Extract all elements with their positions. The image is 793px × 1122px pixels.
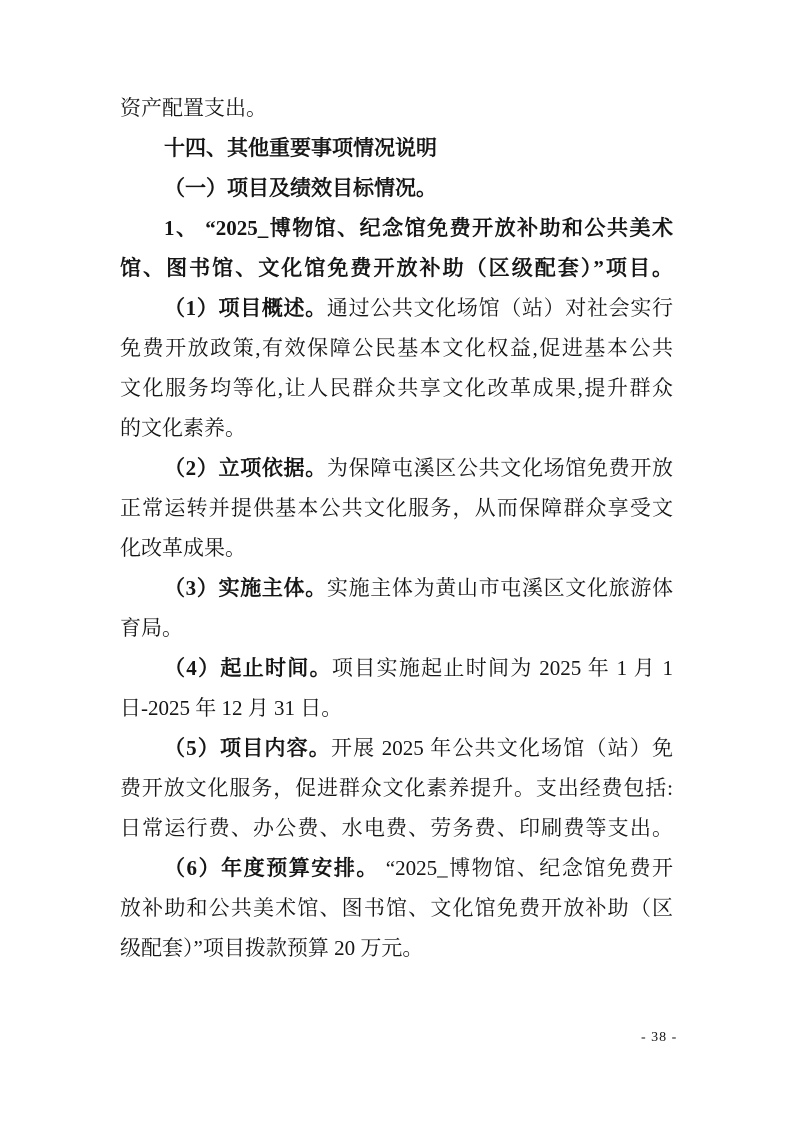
text-segment: 的文化素养。 [120, 416, 246, 440]
document-page: 资产配置支出。十四、其他重要事项情况说明（一）项目及绩效目标情况。1、 “202… [0, 0, 793, 1122]
text-segment: 化改革成果。 [120, 536, 246, 560]
text-line: 级配套）”项目拨款预算 20 万元。 [120, 928, 673, 968]
text-line: （1）项目概述。通过公共文化场馆（站）对社会实行 [120, 288, 673, 328]
bold-text-segment: 馆、图书馆、文化馆免费开放补助（区级配套）”项目。 [120, 256, 673, 280]
text-line: （一）项目及绩效目标情况。 [120, 168, 673, 208]
text-line: 文化服务均等化,让人民群众共享文化改革成果,提升群众 [120, 368, 673, 408]
text-line: 馆、图书馆、文化馆免费开放补助（区级配套）”项目。 [120, 248, 673, 288]
bold-text-segment: （4）起止时间。 [164, 656, 332, 680]
text-segment: 通过公共文化场馆（站）对社会实行 [327, 296, 673, 320]
text-line: （6）年度预算安排。 “2025_博物馆、纪念馆免费开 [120, 848, 673, 888]
text-segment: 正常运转并提供基本公共文化服务，从而保障群众享受文 [120, 496, 673, 520]
text-segment: 级配套）”项目拨款预算 20 万元。 [120, 936, 423, 960]
text-segment: 文化服务均等化,让人民群众共享文化改革成果,提升群众 [120, 376, 673, 400]
text-line: 十四、其他重要事项情况说明 [120, 128, 673, 168]
text-segment: 放补助和公共美术馆、图书馆、文化馆免费开放补助（区 [120, 896, 673, 920]
text-line: （3）实施主体。实施主体为黄山市屯溪区文化旅游体 [120, 568, 673, 608]
text-line: 费开放文化服务，促进群众文化素养提升。支出经费包括: [120, 768, 673, 808]
bold-text-segment: 十四、其他重要事项情况说明 [164, 136, 437, 160]
bold-text-segment: （6）年度预算安排。 [164, 856, 379, 880]
bold-text-segment: （2）立项依据。 [164, 456, 327, 480]
text-line: 日-2025 年 12 月 31 日。 [120, 688, 673, 728]
text-segment: 育局。 [120, 616, 183, 640]
text-line: （5）项目内容。开展 2025 年公共文化场馆（站）免 [120, 728, 673, 768]
text-segment: 资产配置支出。 [120, 96, 267, 120]
text-segment: “2025_博物馆、纪念馆免费开 [379, 856, 673, 880]
text-line: 育局。 [120, 608, 673, 648]
text-line: 1、 “2025_博物馆、纪念馆免费开放补助和公共美术 [120, 208, 673, 248]
text-line: 放补助和公共美术馆、图书馆、文化馆免费开放补助（区 [120, 888, 673, 928]
text-line: 免费开放政策,有效保障公民基本文化权益,促进基本公共 [120, 328, 673, 368]
text-line: 的文化素养。 [120, 408, 673, 448]
text-line: 化改革成果。 [120, 528, 673, 568]
text-segment: 日常运行费、办公费、水电费、劳务费、印刷费等支出。 [120, 816, 673, 840]
text-line: （2）立项依据。为保障屯溪区公共文化场馆免费开放 [120, 448, 673, 488]
text-line: 日常运行费、办公费、水电费、劳务费、印刷费等支出。 [120, 808, 673, 848]
page-number: - 38 - [641, 1028, 677, 1048]
bold-text-segment: （5）项目内容。 [164, 736, 331, 760]
text-segment: 日-2025 年 12 月 31 日。 [120, 696, 342, 720]
text-line: （4）起止时间。项目实施起止时间为 2025 年 1 月 1 [120, 648, 673, 688]
text-line: 资产配置支出。 [120, 88, 673, 128]
text-block: 资产配置支出。十四、其他重要事项情况说明（一）项目及绩效目标情况。1、 “202… [120, 88, 673, 968]
text-segment: 项目实施起止时间为 2025 年 1 月 1 [332, 656, 673, 680]
text-segment: 费开放文化服务，促进群众文化素养提升。支出经费包括: [120, 776, 673, 800]
text-segment: 为保障屯溪区公共文化场馆免费开放 [327, 456, 673, 480]
text-segment: 开展 2025 年公共文化场馆（站）免 [331, 736, 673, 760]
bold-text-segment: （1）项目概述。 [164, 296, 327, 320]
text-line: 正常运转并提供基本公共文化服务，从而保障群众享受文 [120, 488, 673, 528]
bold-text-segment: 1、 “2025_博物馆、纪念馆免费开放补助和公共美术 [164, 216, 673, 240]
bold-text-segment: （一）项目及绩效目标情况。 [164, 176, 437, 200]
bold-text-segment: （3）实施主体。 [164, 576, 327, 600]
text-segment: 免费开放政策,有效保障公民基本文化权益,促进基本公共 [120, 336, 673, 360]
text-segment: 实施主体为黄山市屯溪区文化旅游体 [327, 576, 673, 600]
